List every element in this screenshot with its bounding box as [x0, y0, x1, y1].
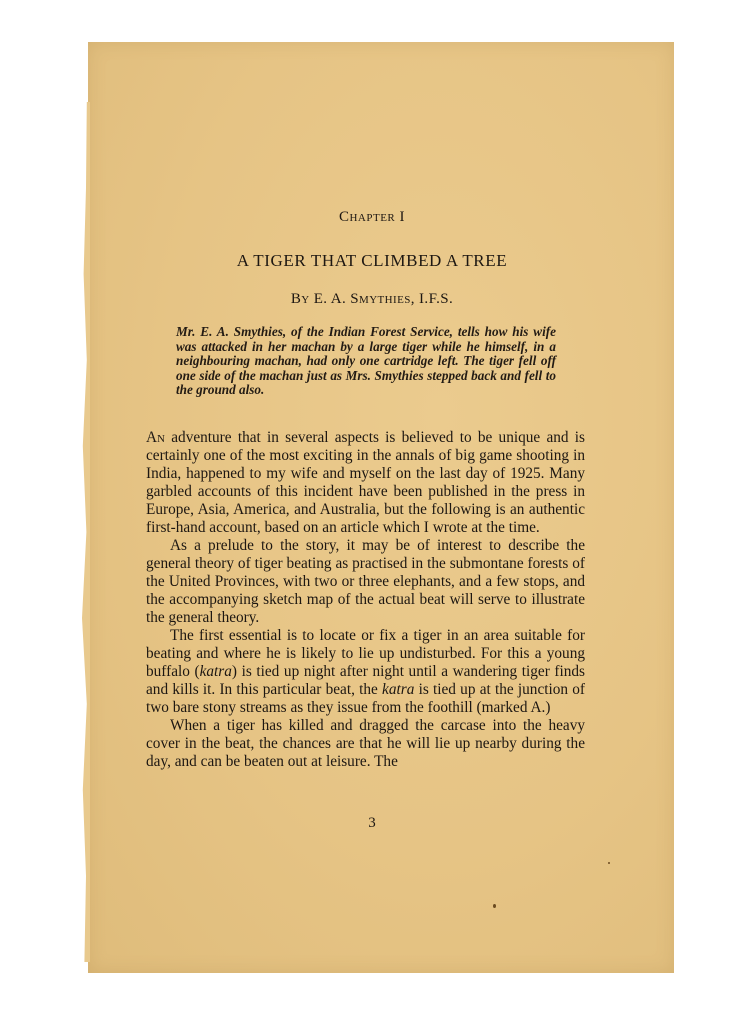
paper-blemish: [608, 862, 610, 864]
paragraph: The first essential is to locate or fix …: [146, 627, 585, 717]
chapter-label: Chapter I: [0, 209, 744, 226]
byline: By E. A. Smythies, I.F.S.: [0, 291, 744, 308]
paragraph: When a tiger has killed and dragged the …: [146, 717, 585, 771]
page-number: 3: [0, 815, 744, 832]
abstract: Mr. E. A. Smythies, of the Indian Forest…: [176, 325, 556, 398]
paragraph: An adventure that in several aspects is …: [146, 429, 585, 537]
paragraph: As a prelude to the story, it may be of …: [146, 537, 585, 627]
body-text: An adventure that in several aspects is …: [146, 429, 585, 771]
italic-term: katra: [382, 681, 414, 698]
chapter-title: A TIGER THAT CLIMBED A TREE: [0, 251, 744, 271]
paper-blemish: [493, 904, 496, 908]
drop-lead: An: [146, 429, 165, 446]
italic-term: katra: [200, 663, 232, 680]
